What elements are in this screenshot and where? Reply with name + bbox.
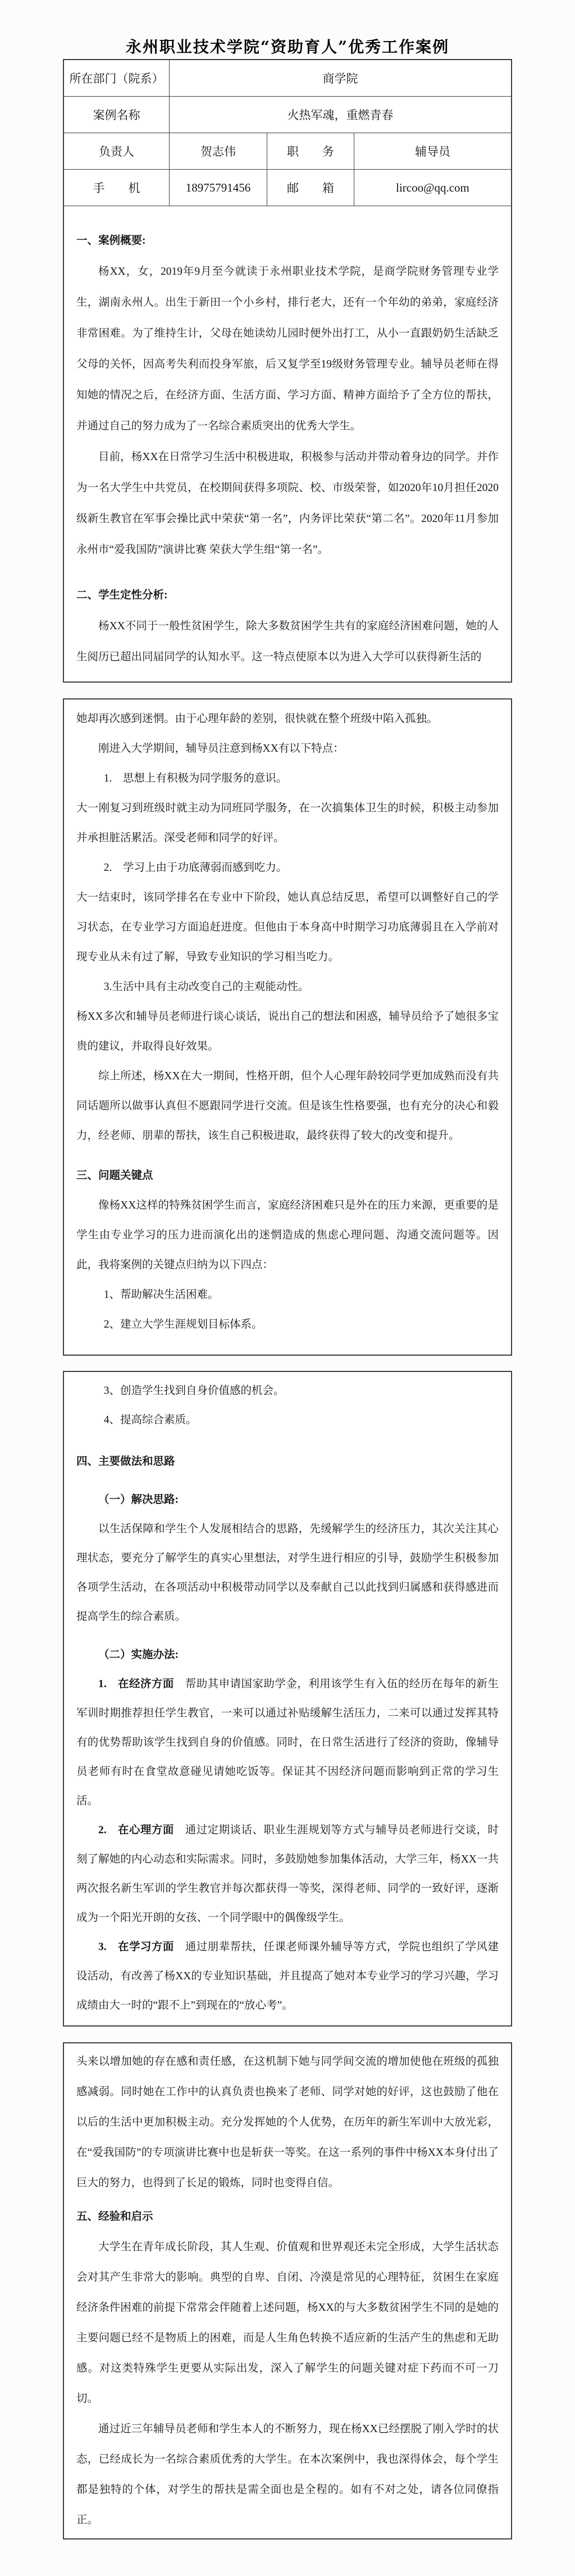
field-label-case-name: 案例名称 (64, 97, 169, 133)
item-label: 3. 在学习方面 (98, 1941, 174, 1953)
paragraph: 刚进入大学期间，辅导员注意到杨XX有以下特点： (76, 734, 499, 764)
section-heading: 二、学生定性分析: (76, 580, 499, 611)
section-heading: （一）解决思路: (76, 1485, 499, 1515)
case-table-segment-1: 所在部门（院系） 商学院 案例名称 火热军魂，重燃青春 负责人 贺志伟 职 务 … (63, 59, 512, 683)
list-item: 1、帮助解决生活困难。 (76, 1280, 499, 1310)
info-table: 所在部门（院系） 商学院 案例名称 火热军魂，重燃青春 负责人 贺志伟 职 务 … (64, 60, 511, 206)
list-item: 2. 学习上由于功底薄弱而感到吃力。 (76, 853, 499, 883)
section-heading: 四、主要做法和思路 (76, 1447, 499, 1476)
paragraph: 1. 在经济方面 帮助其申请国家助学金，利用该学生有入伍的经历在每年的新生军训时… (76, 1670, 499, 1816)
case-table-segment-4: 头来以增加她的存在感和责任感，在这机制下她与同学间交流的增加使他在班级的孤独感减… (63, 2042, 512, 2539)
paragraph: 3. 在学习方面 通过朋辈帮扶，任课老师课外辅导等方式，学院也组织了学风建设活动… (76, 1933, 499, 2020)
field-label-email: 邮 箱 (267, 170, 354, 206)
field-value-case-name: 火热军魂，重燃青春 (170, 97, 511, 133)
list-item: 4、提高综合素质。 (76, 1406, 499, 1435)
field-label-department: 所在部门（院系） (64, 60, 169, 96)
section-heading: 三、问题关键点 (76, 1161, 499, 1191)
field-value-position: 辅导员 (354, 133, 511, 169)
document-page: 永州职业技术学院“资助育人”优秀工作案例 所在部门（院系） 商学院 案例名称 火… (0, 0, 575, 2576)
list-item: 3.生活中具有主动改变自己的主观能动性。 (76, 972, 499, 1002)
paragraph: 杨XX，女，2019年9月至今就读于永州职业技术学院，是商学院财务管理专业学生，… (76, 256, 499, 442)
case-body-cell-3: 3、创造学生找到自身价值感的机会。4、提高综合素质。四、主要做法和思路（一）解决… (64, 1372, 511, 2027)
paragraph: 以生活保障和学生个人发展相结合的思路，先缓解学生的经济压力，其次关注其心理状态，… (76, 1515, 499, 1632)
paragraph: 4. 在帮扶方面 在班级中，首先从将他从一名普通学生推到班级日常管理的风 (76, 2020, 499, 2027)
field-label-phone: 手 机 (64, 170, 169, 206)
paragraph: 大一结束时，该同学排名在专业中下阶段，她认真总结反思，希望可以调整好自己的学习状… (76, 883, 499, 972)
paragraph: 大学生在青年成长阶段，其人生观、价值观和世界观还未完全形成，大学生活状态会对其产… (76, 2232, 499, 2414)
case-body-cell-2: 她却再次感到迷惘。由于心理年龄的差别，很快就在整个班级中陷入孤独。刚进入大学期间… (64, 699, 511, 1356)
field-label-position: 职 务 (267, 133, 354, 169)
field-value-person-in-charge: 贺志伟 (170, 133, 267, 169)
field-label-person-in-charge: 负责人 (64, 133, 169, 169)
section-heading: 一、案例概要: (76, 225, 499, 256)
section-heading: 五、经验和启示 (76, 2202, 499, 2232)
paragraph: 杨XX多次和辅导员老师进行谈心谈话，说出自己的想法和困惑，辅导员给予了她很多宝贵… (76, 1002, 499, 1061)
list-item: 1. 思想上有积极为同学服务的意识。 (76, 764, 499, 793)
case-body-cell-4: 头来以增加她的存在感和责任感，在这机制下她与同学间交流的增加使他在班级的孤独感减… (64, 2043, 511, 2539)
item-label: 2. 在心理方面 (98, 1824, 174, 1836)
paragraph: 综上所述，杨XX在大一期间，性格开朗，但个人心理年龄较同学更加成熟而没有共同话题… (76, 1061, 499, 1151)
item-label: 1. 在经济方面 (98, 1678, 174, 1690)
field-value-phone: 18975791456 (170, 170, 267, 206)
paragraph: 像杨XX这样的特殊贫困学生而言，家庭经济困难只是外在的压力来源，更重要的是学生由… (76, 1191, 499, 1280)
field-value-email: lircoo@qq.com (354, 170, 511, 206)
document-title: 永州职业技术学院“资助育人”优秀工作案例 (0, 35, 575, 57)
paragraph: 头来以增加她的存在感和责任感，在这机制下她与同学间交流的增加使他在班级的孤独感减… (76, 2047, 499, 2198)
paragraph: 杨XX不同于一般性贫困学生，除大多数贫困学生共有的家庭经济困难问题，她的人生阅历… (76, 611, 499, 673)
list-item: 3、创造学生找到自身价值感的机会。 (76, 1376, 499, 1406)
case-body-cell-1: 一、案例概要:杨XX，女，2019年9月至今就读于永州职业技术学院，是商学院财务… (64, 206, 511, 683)
paragraph: 2. 在心理方面 通过定期谈话、职业生涯规划等方式与辅导员老师进行交谈，时刻了解… (76, 1816, 499, 1933)
paragraph: 大一刚复习到班级时就主动为同班同学服务，在一次搞集体卫生的时候，积极主动参加并承… (76, 793, 499, 853)
case-table-segment-3: 3、创造学生找到自身价值感的机会。4、提高综合素质。四、主要做法和思路（一）解决… (63, 1371, 512, 2027)
paragraph: 通过近三年辅导员老师和学生本人的不断努力，现在杨XX已经摆脱了刚入学时的状态，已… (76, 2414, 499, 2536)
section-heading: （二）实施办法: (76, 1641, 499, 1670)
field-value-department: 商学院 (170, 60, 511, 96)
paragraph: 她却再次感到迷惘。由于心理年龄的差别，很快就在整个班级中陷入孤独。 (76, 704, 499, 734)
case-table-segment-2: 她却再次感到迷惘。由于心理年龄的差别，很快就在整个班级中陷入孤独。刚进入大学期间… (63, 698, 512, 1356)
paragraph: 目前，杨XX在日常学习生活中积极进取，积极参与活动并带动着身边的同学。并作为一名… (76, 442, 499, 565)
list-item: 2、建立大学生涯规划目标体系。 (76, 1310, 499, 1339)
